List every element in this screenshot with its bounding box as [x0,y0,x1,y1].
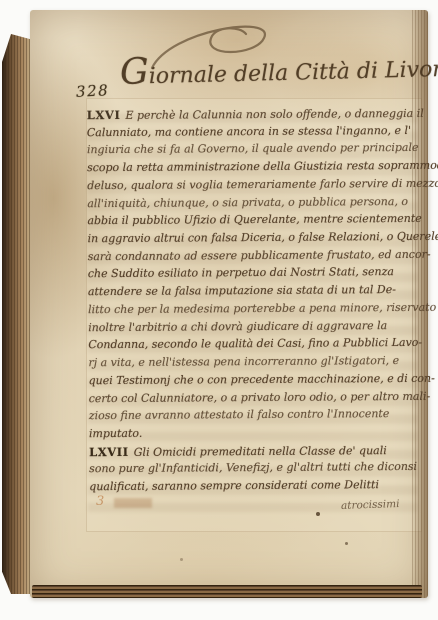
line-text: E perchè la Calunnia non solo offende, o… [125,107,423,122]
line-text: rj a vita, e nell'istessa pena incorrera… [88,354,399,369]
manuscript-line: sono pure gl'Infanticidi, Venefizj, e gl… [89,460,425,480]
manuscript-line: Calunniato, ma contiene ancora in se ste… [87,124,423,144]
line-text: deluso, qualora si voglia temerariamente… [87,177,438,192]
line-text: Condanna, secondo le qualità dei Casi, f… [88,336,422,351]
line-text: ingiuria che si fa al Governo, il quale … [87,141,419,156]
manuscript-line: ingiuria che si fa al Governo, il quale … [87,141,423,161]
manuscript-line: all'iniquità, chiunque, o sia privata, o… [87,194,423,214]
paragraph-number: LXVI [87,108,121,122]
manuscript-line: quei Testimonj che o con precedente macc… [88,372,424,392]
manuscript-line: imputato. [89,425,425,445]
line-text: all'iniquità, chiunque, o sia privata, o… [87,195,408,210]
page-title: Giornale della Città di Livorno [120,52,437,91]
line-text: qualificati, saranno sempre considerati … [89,478,379,493]
book-bottom-page-edges [32,585,422,598]
manuscript-line: attendere se la falsa imputazione sia st… [88,283,424,303]
line-text: inoltre l'arbitrio a chi dovrà giudicare… [88,319,387,334]
manuscript-line: sarà condannato ad essere pubblicamente … [88,248,424,268]
line-text: scopo la retta amministrazione della Giu… [87,159,438,175]
manuscript-line: LXVIE perchè la Calunnia non solo offend… [87,106,423,126]
line-text: Gli Omicidi premeditati nella Classe de'… [134,444,387,459]
line-text: sarà condannato ad essere pubblicamente … [88,248,431,263]
folio-number: 328 [76,81,110,101]
line-text: attendere se la falsa imputazione sia st… [88,283,396,298]
faded-stamp-mark [114,498,152,508]
manuscript-line: litto che per la medesima porterebbe a p… [88,301,424,321]
manuscript-line: Condanna, secondo le qualità dei Casi, f… [88,336,424,356]
manuscript-text-block: LXVIE perchè la Calunnia non solo offend… [87,106,426,498]
line-text: sono pure gl'Infanticidi, Venefizj, e gl… [89,460,417,475]
manuscript-line: certo col Calunniatore, o a privato loro… [89,389,425,409]
manuscript-line: qualificati, saranno sempre considerati … [89,478,425,498]
manuscript-line: scopo la retta amministrazione della Giu… [87,159,423,179]
line-text: certo col Calunniatore, o a privato loro… [89,389,431,404]
manuscript-line: che Suddito esiliato in perpetuo dai Nos… [88,265,424,285]
ink-speck [316,512,320,516]
line-text: litto che per la medesima porterebbe a p… [88,301,436,316]
manuscript-line: abbia il pubblico Ufizio di Querelante, … [87,212,423,232]
line-text: abbia il pubblico Ufizio di Querelante, … [87,212,421,227]
pencil-annotation: 3 [96,494,104,509]
manuscript-line: LXVIIGli Omicidi premeditati nella Class… [89,442,425,462]
ink-speck [180,558,183,561]
line-text: quei Testimonj che o con precedente macc… [88,372,434,387]
manuscript-page: 328 Giornale della Città di Livorno LXVI… [30,10,428,598]
line-text: zioso fine avranno attestato il falso co… [89,407,390,422]
manuscript-line: rj a vita, e nell'istessa pena incorrera… [88,354,424,374]
manuscript-line: zioso fine avranno attestato il falso co… [89,407,425,427]
catchword: atrocissimi [341,498,400,512]
paragraph-number: LXVII [89,445,129,459]
line-text: che Suddito esiliato in perpetuo dai Nos… [88,266,394,281]
manuscript-line: inoltre l'arbitrio a chi dovrà giudicare… [88,318,424,338]
manuscript-line: in aggravio altrui con falsa Diceria, o … [88,230,424,250]
book-spine-edge [2,34,32,594]
line-text: imputato. [89,427,142,440]
line-text: Calunniato, ma contiene ancora in se ste… [87,124,411,139]
line-text: in aggravio altrui con falsa Diceria, o … [88,230,438,245]
ink-speck [345,542,348,545]
manuscript-line: deluso, qualora si voglia temerariamente… [87,177,423,197]
